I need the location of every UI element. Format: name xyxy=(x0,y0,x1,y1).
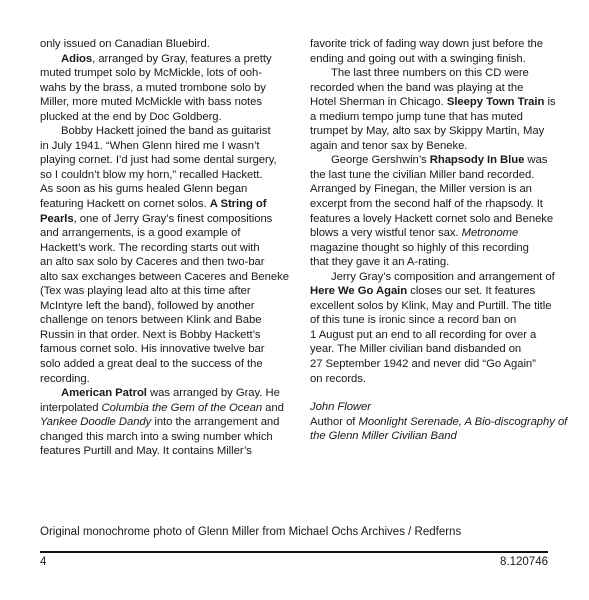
text-line: Arranged by Finegan, the Miller version … xyxy=(310,182,572,197)
text-line: The last three numbers on this CD were xyxy=(310,66,572,81)
footer-rule xyxy=(40,551,548,553)
photo-credit: Original monochrome photo of Glenn Mille… xyxy=(40,526,461,538)
paragraph-adios: Adios, arranged by Gray, features a pret… xyxy=(40,52,298,125)
text-line: Bobby Hackett joined the band as guitari… xyxy=(40,124,298,139)
page-number: 4 xyxy=(40,556,46,568)
text-line: As soon as his gums healed Glenn began xyxy=(40,182,298,197)
text-line: favorite trick of fading way down just b… xyxy=(310,37,572,52)
text-line: so I couldn’t blow my horn,” recalled Ha… xyxy=(40,168,298,183)
magazine-title-italic: Metronome xyxy=(462,227,519,239)
paragraph-continued: favorite trick of fading way down just b… xyxy=(310,37,572,66)
text-line: only issued on Canadian Bluebird. xyxy=(40,37,298,52)
track-title-american-patrol: American Patrol xyxy=(61,387,147,399)
right-column: favorite trick of fading way down just b… xyxy=(310,37,572,444)
text-line: changed this march into a swing number w… xyxy=(40,430,298,445)
text-line: again and tenor sax by Beneke. xyxy=(310,139,572,154)
text-line: features a lovely Hackett cornet solo an… xyxy=(310,212,572,227)
text-line: playing cornet. I’d just had some dental… xyxy=(40,153,298,168)
track-title-sleepy-town-train: Sleepy Town Train xyxy=(447,96,545,108)
text-line: a medium tempo jump tune that has muted xyxy=(310,110,572,125)
text-line: and arrangements, is a good example of xyxy=(40,226,298,241)
book-title-italic-cont: the Glenn Miller Civilian Band xyxy=(310,429,572,444)
text-line: plucked at the end by Doc Goldberg. xyxy=(40,110,298,125)
text-line: recorded when the band was playing at th… xyxy=(310,81,572,96)
track-title-rhapsody-in-blue: Rhapsody In Blue xyxy=(430,154,525,166)
text-line: Hackett’s work. The recording starts out… xyxy=(40,241,298,256)
track-title-here-we-go-again: Here We Go Again xyxy=(310,285,407,297)
text-line: challenge on tenors between Klink and Ba… xyxy=(40,313,298,328)
paragraph-here-we-go-again: Jerry Gray’s composition and arrangement… xyxy=(310,270,572,386)
paragraph-rhapsody-in-blue: George Gershwin’s Rhapsody In Blue was t… xyxy=(310,153,572,269)
song-title-italic: Yankee Doodle Dandy xyxy=(40,416,151,428)
text-line: 1 August put an end to all recording for… xyxy=(310,328,572,343)
paragraph-string-of-pearls: Bobby Hackett joined the band as guitari… xyxy=(40,124,298,386)
catalogue-number: 8.120746 xyxy=(500,556,548,568)
text-line: muted trumpet solo by McMickle, lots of … xyxy=(40,66,298,81)
author-name: John Flower xyxy=(310,400,572,415)
text-line: Miller, more muted McMickle with bass no… xyxy=(40,95,298,110)
text-line: the last tune the civilian Miller band r… xyxy=(310,168,572,183)
text-line: McIntyre left the band), followed by ano… xyxy=(40,299,298,314)
text-line: of this tune is ironic since a record ba… xyxy=(310,313,572,328)
text-line: trumpet by May, alto sax by Skippy Marti… xyxy=(310,124,572,139)
text-line: year. The Miller civilian band disbanded… xyxy=(310,342,572,357)
text-line: (Tex was playing lead alto at this time … xyxy=(40,284,298,299)
book-title-italic: Moonlight Serenade, A Bio-discography of xyxy=(358,416,567,428)
text-line: in July 1941. “When Glenn hired me I was… xyxy=(40,139,298,154)
text-line: excerpt from the second half of the rhap… xyxy=(310,197,572,212)
track-title-adios: Adios xyxy=(61,53,92,65)
text-line: recording. xyxy=(40,372,298,387)
paragraph-american-patrol: American Patrol was arranged by Gray. He… xyxy=(40,386,298,459)
text-line: 27 September 1942 and never did “Go Agai… xyxy=(310,357,572,372)
text-line: features Purtill and May. It contains Mi… xyxy=(40,444,298,459)
paragraph-sleepy-town-train: The last three numbers on this CD were r… xyxy=(310,66,572,153)
text-line: famous cornet solo. His innovative twelv… xyxy=(40,342,298,357)
text-line: an alto sax solo by Caceres and then two… xyxy=(40,255,298,270)
text-line: excellent solos by Klink, May and Purtil… xyxy=(310,299,572,314)
text-line: alto sax exchanges between Caceres and B… xyxy=(40,270,298,285)
text-line: wahs by the brass, a muted trombone solo… xyxy=(40,81,298,96)
text-line: magazine thought so highly of this recor… xyxy=(310,241,572,256)
author-signature: John Flower Author of Moonlight Serenade… xyxy=(310,400,572,444)
text-line: that they gave it an A-rating. xyxy=(310,255,572,270)
left-column: only issued on Canadian Bluebird. Adios,… xyxy=(40,37,298,459)
paragraph-intro: only issued on Canadian Bluebird. xyxy=(40,37,298,52)
text-line: ending and going out with a swinging fin… xyxy=(310,52,572,67)
track-title-string-of-pearls: A String of xyxy=(210,198,267,210)
track-title-string-of-pearls-cont: Pearls xyxy=(40,213,74,225)
text-line: Russin in that order. Next is Bobby Hack… xyxy=(40,328,298,343)
text-line: on records. xyxy=(310,372,572,387)
text-line: solo added a great deal to the success o… xyxy=(40,357,298,372)
song-title-italic: Columbia the Gem of the Ocean xyxy=(102,402,263,414)
text-line: Jerry Gray’s composition and arrangement… xyxy=(310,270,572,285)
